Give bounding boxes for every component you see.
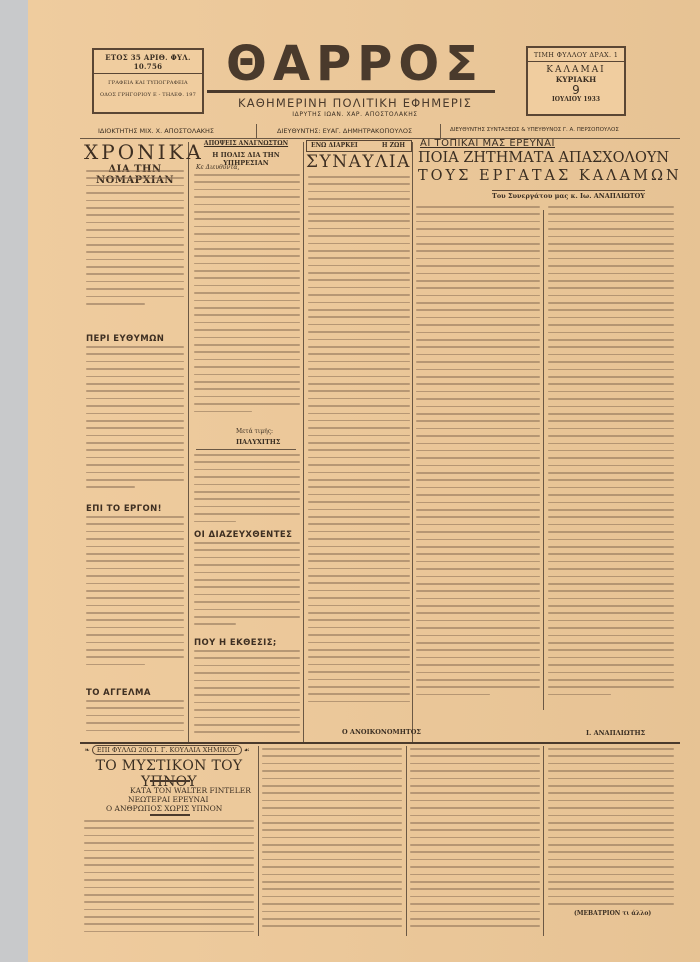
section-rule — [80, 742, 680, 744]
mystikon-banner-text: ΕΠΙ ΦΥΛΛΩ 20Ω Ι. Γ. ΚΟΥΛΑΙΑ ΧΗΜΙΚΟΥ — [92, 745, 242, 755]
column-rule — [406, 746, 407, 936]
poleis-article: ΑΠΟΨΕΙΣ ΑΝΑΓΝΩΣΤΩΝ Η ΠΟΛΙΣ ΔΙΑ ΤΗΝ ΥΠΗΡΕ… — [192, 140, 300, 167]
poleis-signoff: Μετά τιμής: — [236, 428, 273, 435]
mystikon-body-4 — [548, 748, 674, 911]
date-box: ΤΙΜΗ ΦΥΛΛΟΥ ΔΡΑΧ. 1 ΚΑΛΑΜΑΙ ΚΥΡΙΑΚΗ 9 ΙΟ… — [526, 46, 626, 116]
year-issue: ΕΤΟΣ 35 ΑΡΙΘ. ΦΥΛ. 10.756 — [94, 50, 202, 74]
diazeuchthentes-heading: ΟΙ ΔΙΑΖΕΥΧΘΕΝΤΕΣ — [194, 530, 292, 540]
newspaper-subtitle: ΚΑΘΗΜΕΡΙΝΗ ΠΟΛΙΤΙΚΗ ΕΦΗΜΕΡΙΣ — [205, 96, 505, 110]
diazeuchthentes-body — [194, 542, 300, 631]
synavlia-signature: Ο ΑΝΟΙΚΟΝΟΜΗΤΟΣ — [342, 728, 421, 736]
column-rule — [303, 142, 304, 742]
synavlia-kicker-box: ΕΝΩ ΔΙΑΡΚΕΙ Η ΖΩΗ — [306, 140, 412, 152]
poleis-body — [194, 174, 300, 418]
ergates-heading-1: ΠΟΙΑ ΖΗΤΗΜΑΤΑ ΑΠΑΣΧΟΛΟΥΝ — [418, 150, 669, 166]
owner-credit: ΙΔΙΟΚΤΗΤΗΣ ΜΙΧ. Χ. ΑΠΟΣΤΟΛΑΚΗΣ — [98, 127, 214, 135]
synavlia-kicker-right: Η ΖΩΗ — [382, 142, 405, 149]
city: ΚΑΛΑΜΑΙ — [528, 65, 624, 75]
staff-divider — [440, 124, 441, 138]
mystikon-banner: ❧ ΕΠΙ ΦΥΛΛΩ 20Ω Ι. Γ. ΚΟΥΛΑΙΑ ΧΗΜΙΚΟΥ ☙ — [82, 746, 252, 754]
ergates-signature: Ι. ΑΝΑΠΛΙΩΤΗΣ — [586, 729, 645, 737]
angelma-body — [86, 700, 184, 737]
director-credit: ΔΙΕΥΘΥΝΤΗΣ: ΕΥΑΓ. ΔΗΜΗΤΡΑΚΟΠΟΥΛΟΣ — [277, 127, 412, 135]
heading-rule — [150, 814, 190, 816]
mystikon-body-3 — [410, 748, 540, 933]
column2-body — [194, 454, 300, 528]
editor-credit: ΔΙΕΥΘΥΝΤΗΣ ΣΥΝΤΑΞΕΩΣ & ΥΠΕΥΘΥΝΟΣ Γ. Α. Π… — [450, 127, 619, 133]
chronika-body — [86, 170, 184, 310]
mystikon-sub1: ΚΑΤΑ ΤΟΝ WALTER FINTELER — [130, 786, 251, 795]
ergates-body-right — [548, 206, 674, 701]
synavlia-body — [308, 176, 410, 708]
synavlia-kicker-left: ΕΝΩ ΔΙΑΡΚΕΙ — [311, 142, 358, 149]
banner-ornament-right: ☙ — [244, 746, 250, 754]
ergates-byline: Του Συνεργάτου μας κ. Ιω. ΑΝΑΠΛΙΩΤΟΥ — [492, 190, 645, 200]
poleis-salutation: Κε Διευθυντά, — [196, 164, 239, 171]
offices-label: ΓΡΑΦΕΙΑ ΚΑΙ ΤΥΠΟΓΡΑΦΕΙΑ — [94, 80, 202, 86]
peri-eythymon-body — [86, 346, 184, 494]
mystikon-sub3: Ο ΑΝΘΡΩΠΟΣ ΧΩΡΙΣ ΥΠΝΟΝ — [106, 804, 222, 813]
price-label: ΤΙΜΗ ΦΥΛΛΟΥ ΔΡΑΧ. 1 — [528, 48, 624, 62]
peri-eythymon-heading: ΠΕΡΙ ΕΥΘΥΜΩΝ — [86, 334, 164, 344]
month-year: ΙΟΥΛΙΟΥ 1933 — [528, 96, 624, 103]
column-rule — [188, 142, 189, 742]
title-rule — [207, 90, 495, 93]
ergates-heading-2: ΤΟΥΣ ΕΡΓΑΤΑΣ ΚΑΛΑΜΩΝ — [418, 168, 682, 184]
staff-bar: ΙΔΙΟΚΤΗΤΗΣ ΜΙΧ. Χ. ΑΠΟΣΤΟΛΑΚΗΣ ΔΙΕΥΘΥΝΤΗ… — [80, 124, 680, 139]
mystikon-sub2: ΝΕΩΤΕΡΑΙ ΕΡΕΥΝΑΙ — [128, 795, 208, 804]
address: ΟΔΟΣ ΓΡΗΓΟΡΙΟΥ Ε - ΤΗΛΕΦ. 197 — [94, 92, 202, 98]
newspaper-title: ΘΑΡΡΟΣ — [205, 38, 505, 90]
column-rule — [543, 746, 544, 936]
mystikon-signature: (ΜΕΒΑΤΡΙΟΝ τι άλλο) — [574, 910, 651, 917]
section-rule — [196, 449, 296, 450]
ergates-kicker: ΑΙ ΤΟΠΙΚΑΙ ΜΑΣ ΕΡΕΥΝΑΙ — [420, 138, 555, 149]
synavlia-heading: ΣΥΝΑΥΛΙΑ — [306, 152, 410, 172]
column-rule — [258, 746, 259, 936]
founder-line: ΙΔΡΥΤΗΣ ΙΩΑΝ. ΧΑΡ. ΑΠΟΣΤΟΛΑΚΗΣ — [205, 111, 505, 118]
chronika-heading: ΧΡΟΝΙΚΑ — [84, 140, 186, 164]
pou-ekthesis-body — [194, 650, 300, 739]
staff-divider — [256, 124, 257, 138]
day-number: 9 — [528, 84, 624, 96]
banner-ornament-left: ❧ — [84, 746, 89, 754]
poleis-kicker: ΑΠΟΨΕΙΣ ΑΝΑΓΝΩΣΤΩΝ — [192, 140, 300, 147]
angelma-heading: ΤΟ ΑΓΓΕΛΜΑ — [86, 688, 151, 698]
column-rule — [543, 210, 544, 710]
epi-to-ergon-heading: ΕΠΙ ΤΟ ΕΡΓΟΝ! — [86, 504, 162, 514]
heading-rule — [150, 780, 190, 782]
mystikon-body-1 — [84, 820, 254, 938]
poleis-signature: ΠΑΛΥΧΙΤΗΣ — [236, 438, 281, 446]
epi-to-ergon-body — [86, 516, 184, 671]
mystikon-body-2 — [262, 748, 402, 933]
column-rule — [412, 142, 413, 742]
pou-ekthesis-heading: ΠΟΥ Η ΕΚΘΕΣΙΣ; — [194, 638, 277, 648]
ergates-body-left — [416, 206, 540, 701]
issue-info-box: ΕΤΟΣ 35 ΑΡΙΘ. ΦΥΛ. 10.756 ΓΡΑΦΕΙΑ ΚΑΙ ΤΥ… — [92, 48, 204, 114]
